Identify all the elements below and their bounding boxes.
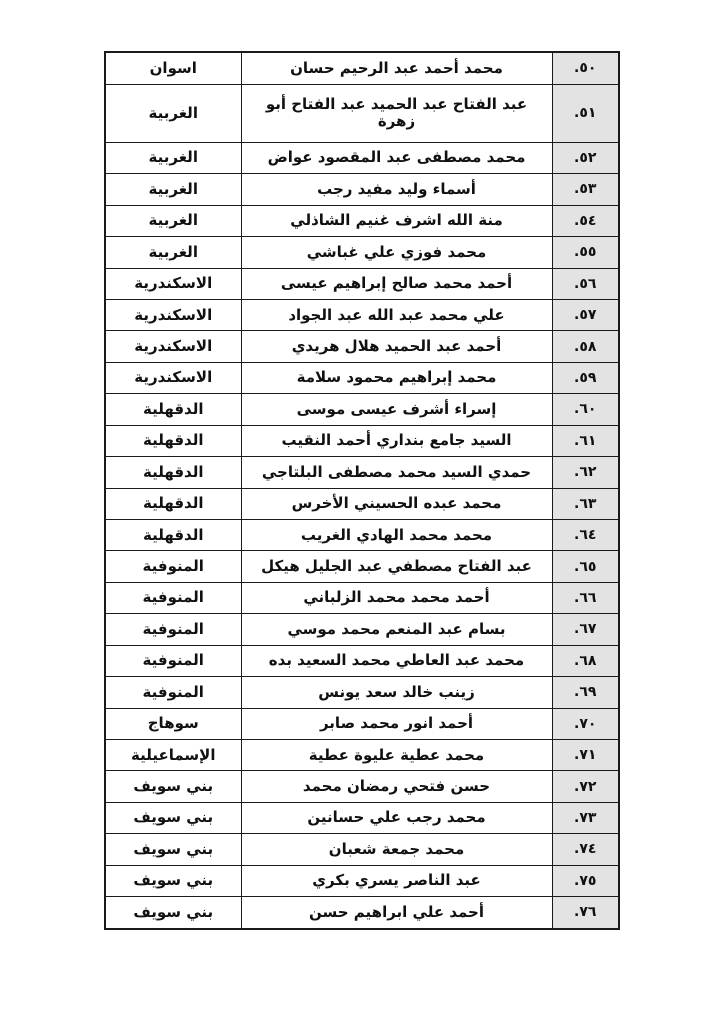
person-name-cell: عبد الناصر يسري بكري — [241, 865, 552, 896]
person-name-cell: محمد عبد العاطي محمد السعيد بده — [241, 645, 552, 676]
person-name-cell: حمدي السيد محمد مصطفى البلتاجي — [241, 457, 552, 488]
row-number-cell: ٧٣. — [552, 802, 619, 833]
table-row: ٦٤. محمد محمد الهادي الغريب الدقهلية — [105, 519, 619, 550]
person-name-cell: محمد عبده الحسيني الأخرس — [241, 488, 552, 519]
row-number-cell: ٧٢. — [552, 771, 619, 802]
person-name-cell: أحمد انور محمد صابر — [241, 708, 552, 739]
table-row: ٧٢. حسن فتحي رمضان محمد بني سويف — [105, 771, 619, 802]
governorate-cell: الدقهلية — [105, 425, 241, 456]
governorate-cell: الاسكندرية — [105, 362, 241, 393]
governorate-cell: الدقهلية — [105, 488, 241, 519]
table-row: ٦٨. محمد عبد العاطي محمد السعيد بده المن… — [105, 645, 619, 676]
row-number-cell: ٦٤. — [552, 519, 619, 550]
governorate-cell: بني سويف — [105, 834, 241, 865]
row-number-cell: ٥٦. — [552, 268, 619, 299]
table-row: ٦٠. إسراء أشرف عيسى موسى الدقهلية — [105, 394, 619, 425]
table-row: ٦٢. حمدي السيد محمد مصطفى البلتاجي الدقه… — [105, 457, 619, 488]
person-name-cell: محمد جمعة شعبان — [241, 834, 552, 865]
governorate-cell: اسوان — [105, 52, 241, 84]
table-row: ٥٦. أحمد محمد صالح إبراهيم عيسى الاسكندر… — [105, 268, 619, 299]
person-name-cell: زينب خالد سعد يونس — [241, 677, 552, 708]
table-row: ٥٣. أسماء وليد مفيد رجب الغربية — [105, 174, 619, 205]
governorate-cell: الاسكندرية — [105, 268, 241, 299]
person-name-cell: محمد إبراهيم محمود سلامة — [241, 362, 552, 393]
row-number-cell: ٦٠. — [552, 394, 619, 425]
person-name-cell: عبد الفتاح مصطفي عبد الجليل هيكل — [241, 551, 552, 582]
row-number-cell: ٦٥. — [552, 551, 619, 582]
row-number-cell: ٥٩. — [552, 362, 619, 393]
row-number-cell: ٧٦. — [552, 897, 619, 929]
person-name-cell: محمد رجب علي حسانين — [241, 802, 552, 833]
person-name-cell: محمد فوزي علي غباشي — [241, 237, 552, 268]
row-number-cell: ٦٣. — [552, 488, 619, 519]
governorate-cell: بني سويف — [105, 771, 241, 802]
person-name-cell: محمد عطية عليوة عطية — [241, 739, 552, 770]
governorate-cell: المنوفية — [105, 551, 241, 582]
row-number-cell: ٧٠. — [552, 708, 619, 739]
person-name-cell: أحمد محمد محمد الزلباني — [241, 582, 552, 613]
table-row: ٦٩. زينب خالد سعد يونس المنوفية — [105, 677, 619, 708]
table-row: ٦٥. عبد الفتاح مصطفي عبد الجليل هيكل الم… — [105, 551, 619, 582]
person-name-cell: حسن فتحي رمضان محمد — [241, 771, 552, 802]
table-row: ٧٥. عبد الناصر يسري بكري بني سويف — [105, 865, 619, 896]
table-row: ٥٧. علي محمد عبد الله عبد الجواد الاسكند… — [105, 300, 619, 331]
table-row: ٧١. محمد عطية عليوة عطية الإسماعيلية — [105, 739, 619, 770]
table-row: ٦٧. بسام عبد المنعم محمد موسي المنوفية — [105, 614, 619, 645]
table-row: ٥٠. محمد أحمد عبد الرحيم حسان اسوان — [105, 52, 619, 84]
row-number-cell: ٥٤. — [552, 205, 619, 236]
row-number-cell: ٦٧. — [552, 614, 619, 645]
governorate-cell: الإسماعيلية — [105, 739, 241, 770]
row-number-cell: ٧١. — [552, 739, 619, 770]
row-number-cell: ٥٠. — [552, 52, 619, 84]
person-name-cell: علي محمد عبد الله عبد الجواد — [241, 300, 552, 331]
person-name-cell: السيد جامع بنداري أحمد النقيب — [241, 425, 552, 456]
person-name-cell: أحمد محمد صالح إبراهيم عيسى — [241, 268, 552, 299]
row-number-cell: ٧٤. — [552, 834, 619, 865]
table-row: ٥٩. محمد إبراهيم محمود سلامة الاسكندرية — [105, 362, 619, 393]
person-name-cell: محمد مصطفى عبد المقصود عواض — [241, 142, 552, 173]
governorate-cell: الدقهلية — [105, 519, 241, 550]
governorate-cell: الدقهلية — [105, 457, 241, 488]
governorate-cell: الاسكندرية — [105, 300, 241, 331]
person-name-cell: عبد الفتاح عبد الحميد عبد الفتاح أبو زهر… — [241, 84, 552, 142]
person-name-cell: إسراء أشرف عيسى موسى — [241, 394, 552, 425]
row-number-cell: ٦١. — [552, 425, 619, 456]
table-row: ٥١. عبد الفتاح عبد الحميد عبد الفتاح أبو… — [105, 84, 619, 142]
row-number-cell: ٥٣. — [552, 174, 619, 205]
roster-table: ٥٠. محمد أحمد عبد الرحيم حسان اسوان ٥١. … — [104, 51, 620, 930]
table-row: ٧٦. أحمد علي ابراهيم حسن بني سويف — [105, 897, 619, 929]
document-page: ٥٠. محمد أحمد عبد الرحيم حسان اسوان ٥١. … — [0, 0, 720, 1018]
governorate-cell: الاسكندرية — [105, 331, 241, 362]
roster-table-body: ٥٠. محمد أحمد عبد الرحيم حسان اسوان ٥١. … — [105, 52, 619, 929]
row-number-cell: ٥٥. — [552, 237, 619, 268]
table-row: ٦١. السيد جامع بنداري أحمد النقيب الدقهل… — [105, 425, 619, 456]
person-name-cell: أحمد عبد الحميد هلال هريدي — [241, 331, 552, 362]
governorate-cell: المنوفية — [105, 645, 241, 676]
governorate-cell: المنوفية — [105, 582, 241, 613]
table-row: ٥٢. محمد مصطفى عبد المقصود عواض الغربية — [105, 142, 619, 173]
table-row: ٧٤. محمد جمعة شعبان بني سويف — [105, 834, 619, 865]
table-row: ٧٠. أحمد انور محمد صابر سوهاج — [105, 708, 619, 739]
governorate-cell: بني سويف — [105, 865, 241, 896]
governorate-cell: المنوفية — [105, 614, 241, 645]
governorate-cell: سوهاج — [105, 708, 241, 739]
row-number-cell: ٧٥. — [552, 865, 619, 896]
person-name-cell: بسام عبد المنعم محمد موسي — [241, 614, 552, 645]
governorate-cell: الغربية — [105, 142, 241, 173]
governorate-cell: الغربية — [105, 174, 241, 205]
table-row: ٦٣. محمد عبده الحسيني الأخرس الدقهلية — [105, 488, 619, 519]
table-row: ٥٤. منة الله اشرف غنيم الشاذلي الغربية — [105, 205, 619, 236]
table-row: ٦٦. أحمد محمد محمد الزلباني المنوفية — [105, 582, 619, 613]
row-number-cell: ٥١. — [552, 84, 619, 142]
table-row: ٥٨. أحمد عبد الحميد هلال هريدي الاسكندري… — [105, 331, 619, 362]
person-name-cell: محمد محمد الهادي الغريب — [241, 519, 552, 550]
row-number-cell: ٥٨. — [552, 331, 619, 362]
row-number-cell: ٦٢. — [552, 457, 619, 488]
table-row: ٧٣. محمد رجب علي حسانين بني سويف — [105, 802, 619, 833]
person-name-cell: أسماء وليد مفيد رجب — [241, 174, 552, 205]
table-row: ٥٥. محمد فوزي علي غباشي الغربية — [105, 237, 619, 268]
row-number-cell: ٦٨. — [552, 645, 619, 676]
governorate-cell: بني سويف — [105, 897, 241, 929]
governorate-cell: بني سويف — [105, 802, 241, 833]
governorate-cell: المنوفية — [105, 677, 241, 708]
person-name-cell: منة الله اشرف غنيم الشاذلي — [241, 205, 552, 236]
row-number-cell: ٦٦. — [552, 582, 619, 613]
governorate-cell: الغربية — [105, 84, 241, 142]
governorate-cell: الدقهلية — [105, 394, 241, 425]
row-number-cell: ٥٢. — [552, 142, 619, 173]
person-name-cell: أحمد علي ابراهيم حسن — [241, 897, 552, 929]
person-name-cell: محمد أحمد عبد الرحيم حسان — [241, 52, 552, 84]
row-number-cell: ٦٩. — [552, 677, 619, 708]
governorate-cell: الغربية — [105, 237, 241, 268]
row-number-cell: ٥٧. — [552, 300, 619, 331]
governorate-cell: الغربية — [105, 205, 241, 236]
